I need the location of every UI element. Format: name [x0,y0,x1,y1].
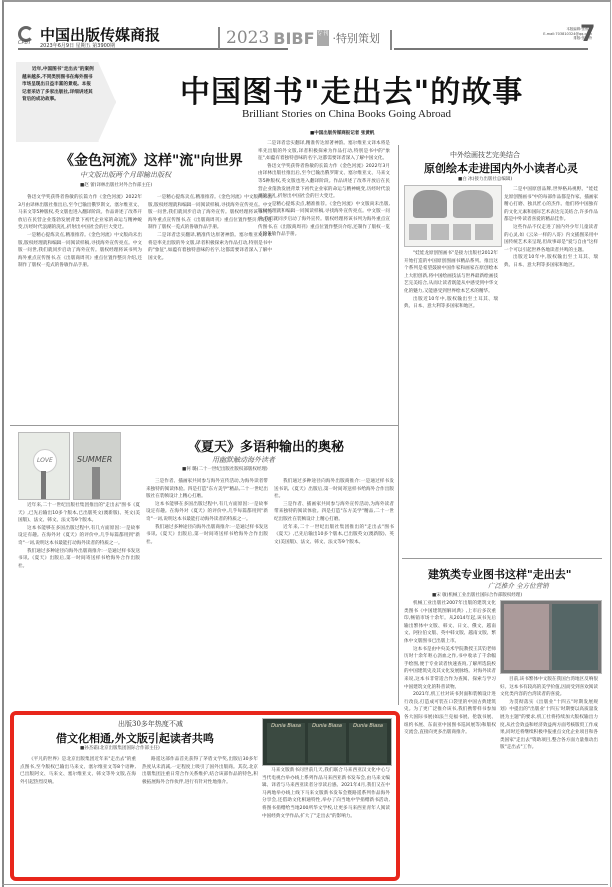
cover-label: Dunia Biasa [308,723,346,763]
article-body: 一是精心提炼卖点,精准推荐。《金色河流》中文版尚未出版,版权经理就和编辑一同阅读… [148,194,272,422]
cover-label: Dunia Biasa [349,723,387,763]
paragraph: 我们通过多种途径向海外出版商推介:一是通过样书发送书讯,《夏天》出版后,第一时间… [146,524,268,547]
paragraph: 我们通过多种途径向海外出版商推介:一是通过样书发送书讯,《夏天》出版后,第一时间… [274,478,394,501]
paragraph: 一是精心提炼卖点,精准推荐。《金色河流》中文版尚未出版,版权经理就和编辑一同阅读… [18,232,142,270]
paragraph: 鲁迅文学奖获得者鲁敏的长篇力作《金色河流》2022年3月由译林出版社推出后,至今… [258,163,390,201]
paragraph: 三是作者、插画家共同参与海外宣传活动,为海外读者带来独特的阅读体验。四是打造"东… [146,478,268,501]
article-body: 鲁迅文学奖获得者鲁敏的长篇力作《金色河流》2022年3月由译林出版社推出后,至今… [18,194,142,422]
article-byline: ■孙杰霜(北京出版集团国际合作部主任) [80,745,160,751]
article-kicker: 出版30多年热度不减 [118,719,183,729]
architecture-book-covers [500,600,602,674]
paragraph: 机械工业出版社2007年出版的建筑文化类图书《中国建筑图解词典》,上市后多次重印… [404,600,496,646]
article-kicker: 用幽默触动海外读者 [212,455,275,465]
paragraph: 近年来,二十一世纪出版社集团推出的"走出去"图书《夏天》,已先后输出10多个版本… [18,502,140,525]
paragraph: "娃娃龙原创图画书"是接力出版社2012年开始打造的中国原创图画书精品系列。推出… [404,250,498,296]
paragraph: 三是作者、插画家共同参与海外宣传活动,为海外读者带来独特的阅读体验。四是打造"东… [274,501,394,524]
cover-label: Dunia Biasa [267,723,305,763]
cover-label: SUMMER [77,455,112,464]
paragraph: 这本书是由中央美术学院教授王其钧老师历时十余年呕心沥血之作,书中收录了千余幅手绘… [404,646,496,692]
paragraph: 一是精心提炼卖点,精准推荐。《金色河流》中文版尚未出版,版权经理就和编辑一同阅读… [148,194,272,232]
paragraph: 二是中国原创品牌,世界格局视野。"娃娃龙原创图画书"中的每部作品都是作家、插画家… [504,186,598,224]
article-title: 《夏天》多语种输出的奥秘 [188,436,344,455]
article-body: 二是中国原创品牌,世界格局视野。"娃娃龙原创图画书"中的每部作品都是作家、插画家… [504,186,598,552]
section-banner: 2023 BIBF 专刊 ·特别策划 [218,27,380,49]
article-body: 近年来,二十一世纪出版社集团推出的"走出去"图书《夏天》,已先后输出10多个版本… [18,502,140,704]
paragraph: 马来文版新书问世前几天,我们联合马来西亚汉文化中心与当代电视台举办线上系列作品马… [262,767,390,820]
page-subtitle: Brilliant Stories on China Books Going A… [242,108,451,120]
page-title: 中国图书"走出去"的故事 [180,67,523,111]
banner-tag: 专刊 [317,30,329,46]
paragraph: 出版近10年中,版权输出至土耳其、瑞典、日本、意大利等多国家和地区。 [404,296,498,311]
article-kicker: 中文版出版两个月即输出版权 [80,170,171,180]
paragraph: 为贯彻落实《出版业"十四五"时期发展规划》中提出的"出版业'十四五'时期要以高质… [500,699,598,752]
intro-text: 近年,中国图书"走出去"的案例越来越多,不同类别图书在海外图书市场呈现出日益丰富… [22,66,94,104]
article-byline: ■白 冰(接力出版社总编辑) [458,176,512,182]
book-cover-summer: SUMMER [73,432,121,500]
paragraph: 这些作品不仅走进了国内外少年儿童读者的心灵,如《云朵一样的八哥》内文插图采用中国… [504,224,598,254]
article-body: 目前,该书繁体中文版在我国台湾地区反响很好。这本书有较高的美学价值,因而受到喜欢… [500,676,598,882]
article-body: 《平凡的世界》是北京出版集团近年来"走出去"的重点图书,至今版权已输出马来文、塞… [20,756,136,876]
ordinary-world-covers: Dunia Biasa Dunia Biasa Dunia Biasa [262,718,392,766]
article-byline: ■宋 敏(机械工业出版社国际合作部版权经理) [432,592,522,598]
paragraph: 这本书能够在多国出版过程中,有几方面原因:一是故事设定有趣。在海外对《夏天》的评… [146,501,268,524]
page-bottom-rule [2,884,608,885]
banner-year: 2023 [226,28,269,48]
paragraph: 出版近10年中,版权输出至土耳其、瑞典、日本、意大利等多国家和地区。 [504,254,598,269]
paragraph: 目前,该书繁体中文版在我国台湾地区反响很好。这本书有较高的美学价值,因而受到喜欢… [500,676,598,699]
paragraph: 这本书能够在多国出版过程中,有几方面原因:一是故事设定有趣。在海外对《夏天》的评… [18,525,140,548]
paragraph: 我们通过多种途径向海外出版商推介:一是通过样书发送书讯,《夏天》出版后,第一时间… [18,548,140,571]
article-byline: ■何 璐(二十一世纪出版社版权部版权经理) [182,466,268,472]
paragraph: 《平凡的世界》是北京出版集团近年来"走出去"的重点图书,至今版权已输出马来文、塞… [20,756,136,786]
page-number: 7 [580,22,595,47]
logo-sub: CPBT [18,40,31,46]
article-body: 机械工业出版社2007年出版的建筑文化类图书《中国建筑图解词典》,上市后多次重印… [404,600,496,882]
article-title: 建筑类专业图书这样"走出去" [428,566,571,582]
column-divider [398,145,399,705]
article-title: 借文化相通,外文版引起读者共鸣 [56,730,214,746]
article-body: 三是作者、插画家共同参与海外宣传活动,为海外读者带来独特的阅读体验。四是打造"东… [146,478,268,704]
banner-divider [390,30,392,50]
article-body: "娃娃龙原创图画书"是接力出版社2012年开始打造的中国原创图画书精品系列。推出… [404,250,498,552]
banner-event: BIBF [273,29,314,48]
article-body: 我们通过多种途径向海外出版商推介:一是通过样书发送书讯,《夏天》出版后,第一时间… [274,478,394,704]
paragraph: 2021年,机工社对该书封面和装帧设计进行改良,打造成可装在口袋里的中国古典建筑… [404,691,496,737]
row-divider [402,558,602,559]
book-cover-love: LOVE [18,432,70,500]
article-title: 原创绘本走进国内外小读者心灵 [424,160,578,176]
article-body: 马来文版新书问世前几天,我们联合马来西亚汉文化中心与当代电视台举办线上系列作品马… [262,767,390,875]
article-body: 路遥这部作品首先获得了茅盾文学奖,出版后30多年热度从未消减,一定程度上吸引了国… [142,756,258,876]
article-byline: ■赵 蕾(译林出版社对外合作部主任) [80,182,152,188]
paragraph: 二是译者忠实翻译,精准传达原著神韵。塞尔维亚文译本将是率先出版的外文版,译者积极… [148,232,272,262]
page-byline: ■中国出版传媒商报记者 张黄帆 [310,130,374,136]
paragraph: 路遥这部作品首先获得了茅盾文学奖,出版后30多年热度从未消减,一定程度上吸引了国… [142,756,258,786]
paragraph: 一是精心提炼卖点,精准推荐。《金色河流》中文版尚未出版,版权经理就和编辑一同阅读… [258,201,390,239]
paragraph: 二是译者忠实翻译,精准传达原著神韵。塞尔维亚文译本将是率先出版的外文版,译者积极… [258,140,390,163]
article-kicker: 中外绘画技艺完美结合 [450,150,520,160]
header-rule-right [394,48,588,50]
article-kicker: 广泛推介 全方位营销 [488,581,549,590]
banner-section: ·特别策划 [333,30,381,46]
picture-book-covers [404,185,502,247]
cover-label: LOVE [37,457,53,464]
article-title: 《金色河流》这样"流"向世界 [60,150,243,170]
paragraph: 鲁迅文学奖获得者鲁敏的长篇力作《金色河流》2022年3月由译林出版社推出后,至今… [18,194,142,232]
paragraph: 近年来,二十一世纪出版社集团推出的"走出去"图书《夏天》,已先后输出10多个版本… [274,524,394,547]
